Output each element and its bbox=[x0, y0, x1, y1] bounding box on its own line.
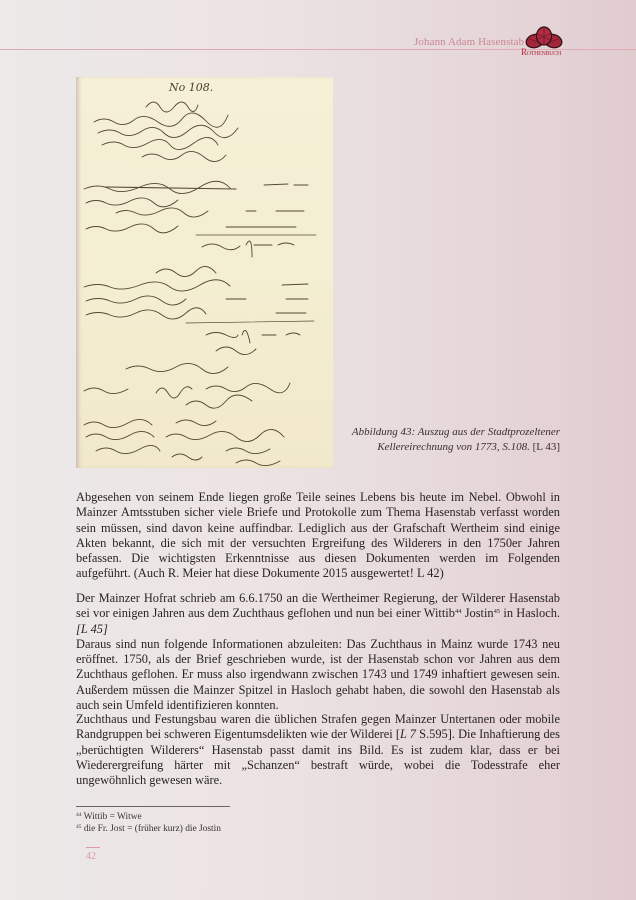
caption-reference: [L 43] bbox=[533, 441, 560, 453]
handwriting-strokes: No 108. bbox=[76, 77, 333, 468]
footnote-text: Wittib = Witwe bbox=[82, 812, 142, 822]
caption-text: Abbildung 43: Auszug aus der Stadtprozel… bbox=[352, 426, 560, 453]
paragraph-2-text-c: in Hasloch. bbox=[500, 606, 560, 620]
footnote-45: 45 die Fr. Jost = (früher kurz) die Jost… bbox=[76, 823, 221, 835]
footnotes: 44 Wittib = Witwe 45 die Fr. Jost = (frü… bbox=[76, 811, 221, 835]
footnote-text: die Fr. Jost = (früher kurz) die Jostin bbox=[82, 824, 221, 834]
reference-l7: L 7 bbox=[400, 727, 416, 741]
page-number-rule bbox=[86, 847, 100, 848]
footnote-44: 44 Wittib = Witwe bbox=[76, 811, 221, 823]
paragraph-2: Der Mainzer Hofrat schrieb am 6.6.1750 a… bbox=[76, 591, 560, 713]
paragraph-1: Abgesehen von seinem Ende liegen große T… bbox=[76, 490, 560, 582]
reference-l45: [L 45] bbox=[76, 622, 108, 636]
paragraph-3: Zuchthaus und Festungsbau waren die übli… bbox=[76, 712, 560, 788]
running-header-title: Johann Adam Hasenstab bbox=[414, 36, 524, 48]
rothenbuch-logo: Rothenbuch bbox=[521, 26, 567, 60]
paragraph-2-text-d: Daraus sind nun folgende Informationen a… bbox=[76, 637, 560, 712]
figure-caption: Abbildung 43: Auszug aus der Stadtprozel… bbox=[320, 425, 560, 455]
footnote-separator bbox=[76, 806, 230, 807]
logo-text: Rothenbuch bbox=[521, 47, 567, 57]
paragraph-2-text-b: Jostin bbox=[461, 606, 493, 620]
svg-text:No 108.: No 108. bbox=[168, 81, 213, 94]
page-number: 42 bbox=[86, 851, 96, 862]
manuscript-image: No 108. bbox=[76, 77, 333, 468]
